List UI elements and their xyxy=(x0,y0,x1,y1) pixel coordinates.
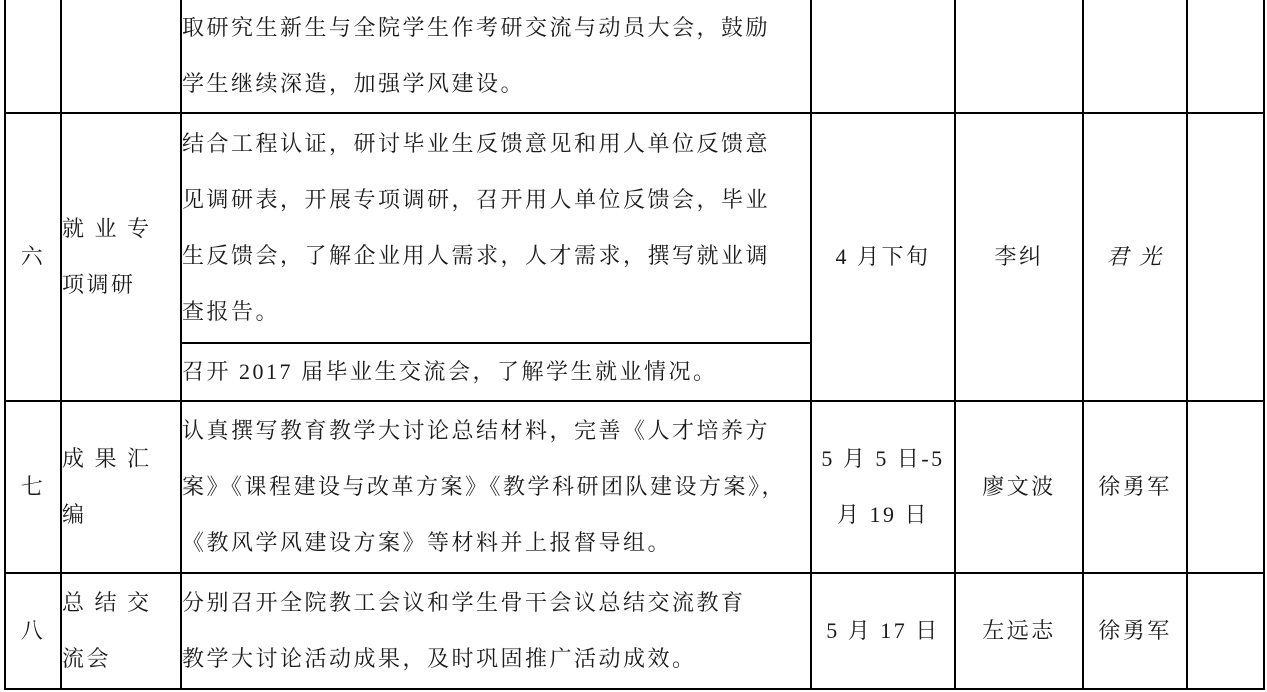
description-subcell: 召开 2017 届毕业生交流会，了解学生就业情况。 xyxy=(181,343,811,401)
description-cell: 取研究生新生与全院学生作考研交流与动员大会，鼓励 学生继续深造，加强学风建设。 xyxy=(181,0,811,113)
person-cell: 君 光 xyxy=(1083,113,1187,401)
person-cell: 廖文波 xyxy=(955,401,1083,573)
document-page: 取研究生新生与全院学生作考研交流与动员大会，鼓励 学生继续深造，加强学风建设。 … xyxy=(0,0,1267,692)
note-cell xyxy=(1187,401,1264,573)
note-cell xyxy=(1187,573,1264,689)
number-cell: 七 xyxy=(5,401,61,573)
description-cell: 认真撰写教育教学大讨论总结材料，完善《人才培养方 案》《课程建设与改革方案》《教… xyxy=(181,401,811,573)
activity-cell xyxy=(61,0,181,113)
number-cell: 八 xyxy=(5,573,61,689)
table-row-seven: 七 成 果 汇 编 认真撰写教育教学大讨论总结材料，完善《人才培养方 案》《课程… xyxy=(5,401,1264,573)
date-cell: 5 月 17 日 xyxy=(811,573,955,689)
person-cell: 徐勇军 xyxy=(1083,573,1187,689)
date-cell: 4 月下旬 xyxy=(811,113,955,401)
table-row-six: 六 就 业 专 项调研 结合工程认证，研讨毕业生反馈意见和用人单位反馈意 见调研… xyxy=(5,113,1264,343)
person-cell: 左远志 xyxy=(955,573,1083,689)
description-cell: 结合工程认证，研讨毕业生反馈意见和用人单位反馈意 见调研表，开展专项调研，召开用… xyxy=(181,113,811,343)
number-cell xyxy=(5,0,61,113)
date-cell xyxy=(811,0,955,113)
description-cell: 分别召开全院教工会议和学生骨干会议总结交流教育 教学大讨论活动成果，及时巩固推广… xyxy=(181,573,811,689)
person-cell: 徐勇军 xyxy=(1083,401,1187,573)
activity-cell: 成 果 汇 编 xyxy=(61,401,181,573)
note-cell xyxy=(1187,0,1264,113)
table-row-eight: 八 总 结 交 流会 分别召开全院教工会议和学生骨干会议总结交流教育 教学大讨论… xyxy=(5,573,1264,689)
person-cell xyxy=(955,0,1083,113)
activity-cell: 就 业 专 项调研 xyxy=(61,113,181,401)
person-cell xyxy=(1083,0,1187,113)
number-cell: 六 xyxy=(5,113,61,401)
activity-cell: 总 结 交 流会 xyxy=(61,573,181,689)
activity-schedule-table: 取研究生新生与全院学生作考研交流与动员大会，鼓励 学生继续深造，加强学风建设。 … xyxy=(4,0,1265,690)
date-cell: 5 月 5 日-5 月 19 日 xyxy=(811,401,955,573)
table-row-continuation: 取研究生新生与全院学生作考研交流与动员大会，鼓励 学生继续深造，加强学风建设。 xyxy=(5,0,1264,113)
note-cell xyxy=(1187,113,1264,401)
person-cell: 李纠 xyxy=(955,113,1083,401)
